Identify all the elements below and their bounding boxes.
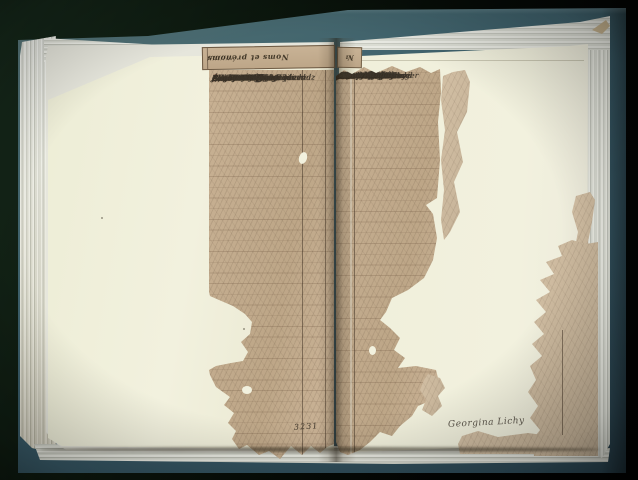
- page-crease-line: [346, 60, 584, 61]
- torn-sheet-header-strip: ////////// Noms et prénoms: [202, 45, 335, 70]
- paper-hole: [369, 346, 376, 355]
- header-mirrored-label: Noms et prénoms: [207, 53, 289, 63]
- archival-book-scan: ////////// Noms et prénoms № Eugène Paul…: [0, 0, 638, 480]
- dust-speck: [243, 328, 245, 330]
- paper-hole: [242, 386, 252, 394]
- dust-speck: [101, 217, 103, 219]
- ruled-column-line: [302, 70, 303, 462]
- page-bottom-shadow: [40, 447, 600, 452]
- folio-mark: 3231: [294, 422, 319, 432]
- book-gutter-shadow: [318, 38, 356, 462]
